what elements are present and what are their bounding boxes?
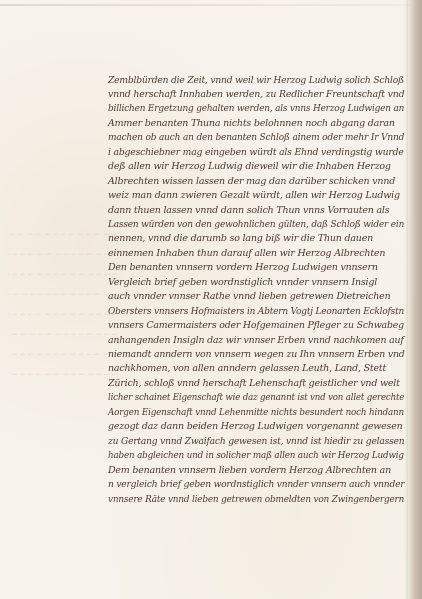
page-right-edge-shadow [408, 0, 422, 599]
manuscript-line-3: billichen Ergetzung gehalten werden, als… [108, 102, 387, 116]
bleed-line: ~~ ~~~ ~~~~ ~~ ~~~~~ [8, 230, 118, 240]
bleed-line: ~~~~ ~~~ ~~ ~~~~ [8, 370, 118, 380]
manuscript-line-24: Aorgen Eigenschaft vnnd Lehenmitte nicht… [108, 406, 383, 420]
manuscript-line-19: anhangenden Insigln daz wir vnnser Erben… [108, 334, 401, 348]
manuscript-line-6: i abgeschiebner mag eingeben würdt als E… [108, 146, 397, 160]
manuscript-line-18: vnnsers Camermaisters oder Hofgemainen P… [108, 319, 401, 333]
manuscript-line-12: nennen, vnnd die darumb so lang biß wir … [108, 232, 404, 246]
manuscript-line-16: auch vnnder vnnser Rathe vnnd lieben get… [108, 290, 404, 304]
manuscript-line-9: weiz man dann zwieren Gezalt würdt, alle… [108, 189, 404, 203]
manuscript-line-5: machen ob auch an den benanten Schloß ai… [108, 131, 390, 145]
manuscript-line-22: Zürich, schloß vnnd herschaft Lehenschaf… [108, 377, 404, 391]
manuscript-line-23: licher schainet Eigenschaft wie daz gena… [108, 391, 379, 405]
manuscript-line-28: Dem benanten vnnsern lieben vordern Herz… [108, 464, 404, 478]
bleed-line: ~~ ~~~~ ~~~~~~ ~~ [8, 290, 118, 300]
manuscript-line-20: niemandt anndern von vnnsern wegen zu Ih… [108, 348, 400, 362]
page-top-edge [0, 4, 410, 6]
bleed-line: ~~~~ ~~ ~~~ ~~~~~ [8, 310, 118, 320]
manuscript-page: ~~ ~~~ ~~~~ ~~ ~~~~~ ~~~ ~~~~~ ~~ ~~~~ ~… [0, 0, 422, 599]
bleed-line: ~~ ~~~~ ~~~~ ~~~ [8, 350, 118, 360]
manuscript-line-17: Obersters vnnsers Hofmaisters in Abtern … [108, 305, 388, 319]
manuscript-line-25: gezogt daz dann beiden Herzog Ludwigen v… [108, 420, 404, 434]
manuscript-line-8: Albrechten wissen lassen der mag dan dar… [108, 175, 404, 189]
manuscript-line-30: vnnsere Räte vnnd lieben getrewen obmeld… [108, 493, 386, 507]
manuscript-line-27: haben abgleichen und in solicher maß all… [108, 449, 383, 463]
manuscript-line-4: Ammer benanten Thuna nichts belohnnen no… [108, 117, 404, 131]
manuscript-line-29: n vergleich brief geben wordnstiglich vn… [108, 478, 392, 492]
manuscript-line-10: dann thuen lassen vnnd dann solich Thun … [108, 204, 404, 218]
manuscript-line-26: zu Gertang vnnd Zwaifach gewesen ist, vn… [108, 435, 393, 449]
manuscript-line-15: Vergleich brief geben wordnstiglich vnnd… [108, 276, 404, 290]
bleed-line: ~~~~ ~~ ~~~~ ~~~~~ [8, 270, 118, 280]
bleed-line: ~~~ ~~~~~ ~~ ~~~~ [8, 250, 118, 260]
manuscript-line-11: Lassen würden von den gewohnlichen gülte… [108, 218, 388, 232]
manuscript-line-21: nachkhomen, von allen anndern gelassen L… [108, 362, 404, 376]
manuscript-line-1: Zemblbürden die Zeit, vnnd weil wir Herz… [108, 74, 394, 88]
manuscript-line-14: Den benanten vnnsern vordern Herzog Ludw… [108, 261, 404, 275]
manuscript-line-7: deß allen wir Herzog Ludwig dieweil wir … [108, 160, 404, 174]
manuscript-line-2: vnnd herschaft Innhaben werden, zu Redli… [108, 88, 401, 102]
bleed-line: ~~~ ~~~~~ ~~~ ~~ [8, 330, 118, 340]
manuscript-line-13: einnemen Inhaben thun darauf allen wir H… [108, 247, 404, 261]
